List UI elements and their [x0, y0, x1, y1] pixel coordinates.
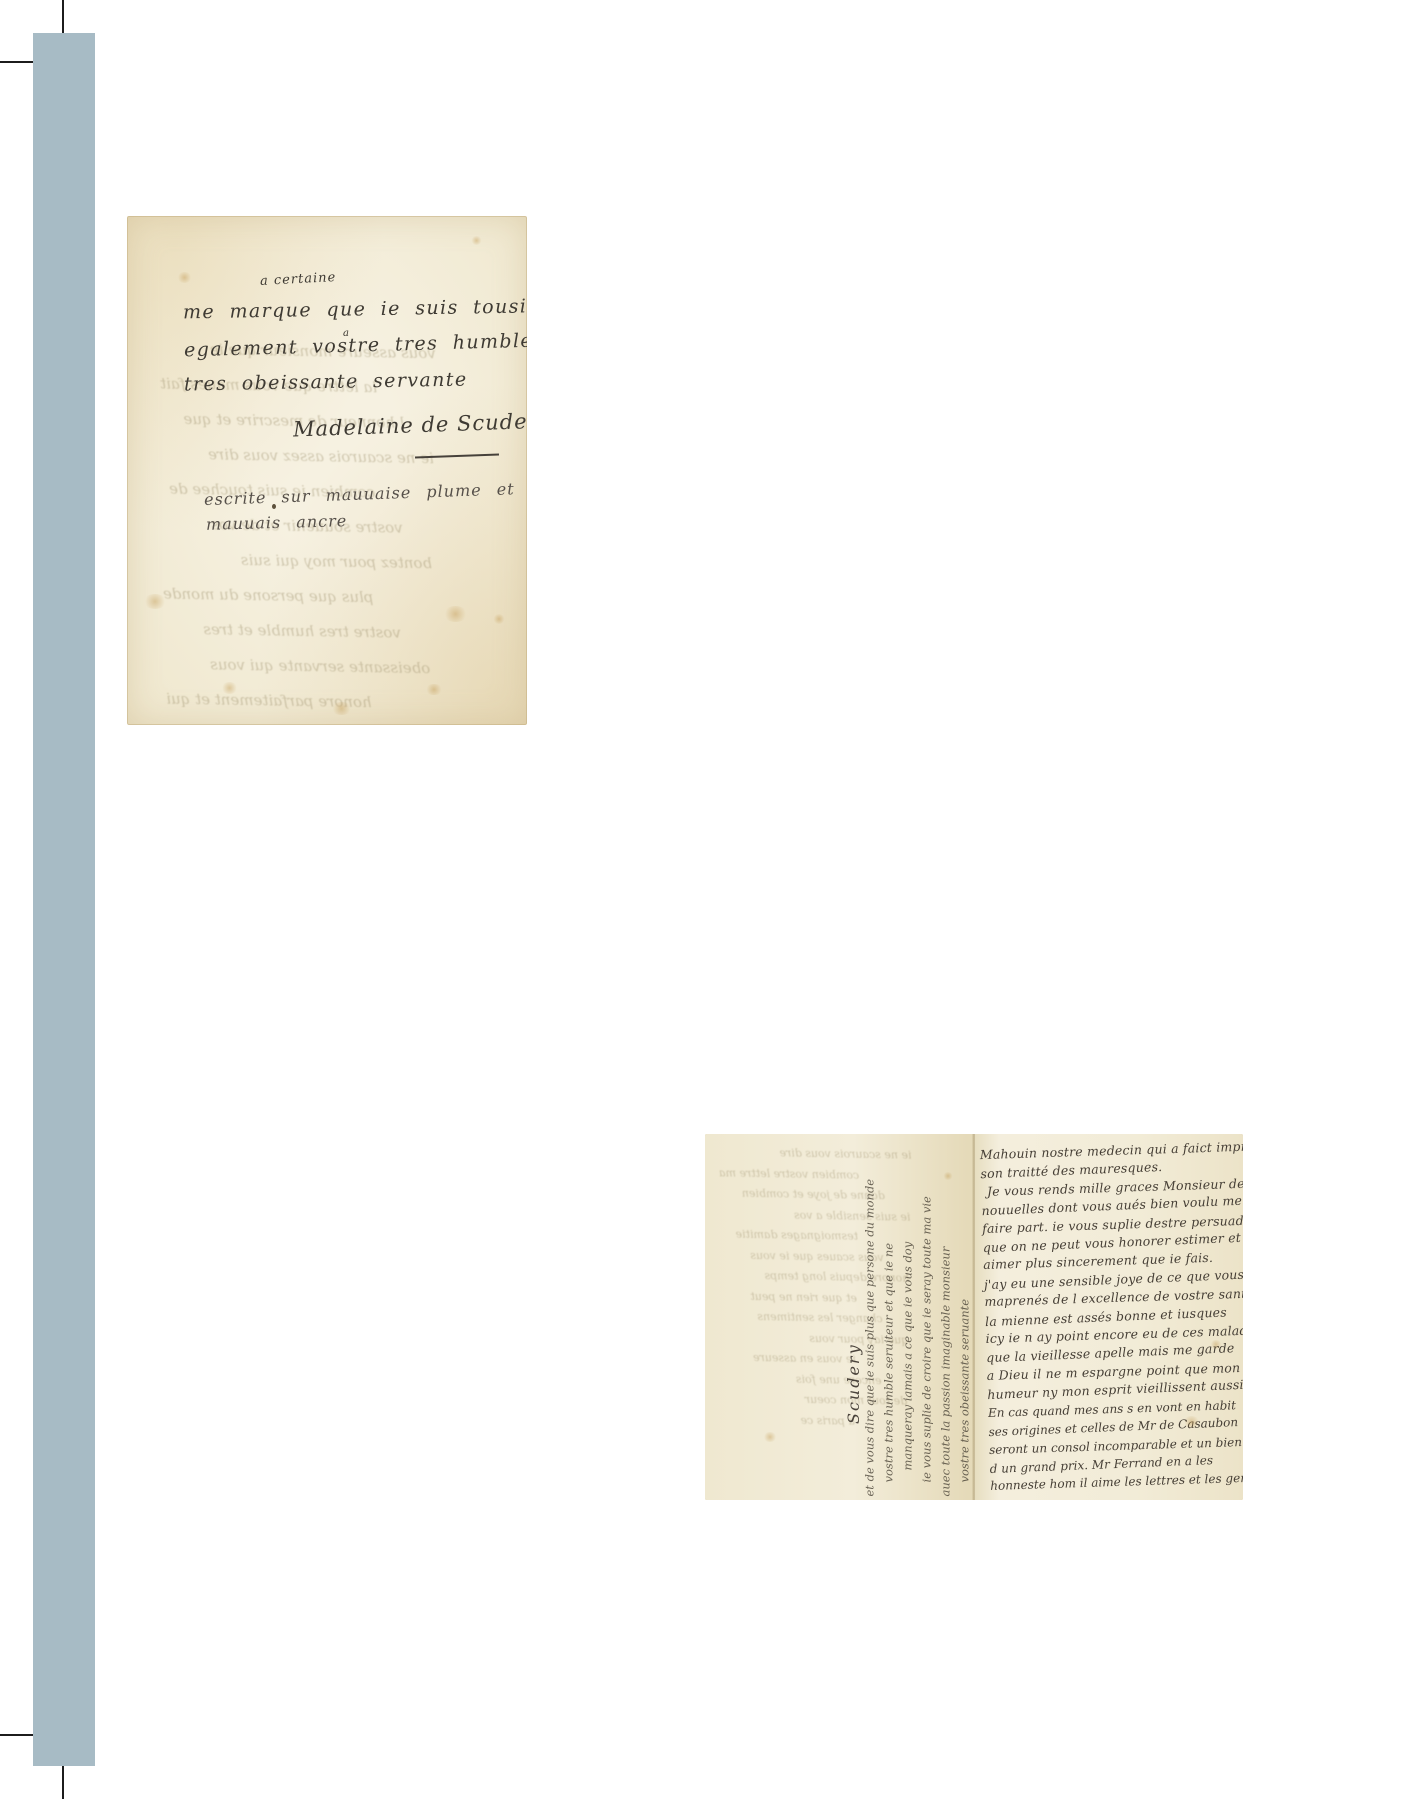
- foxing-spot: [221, 682, 238, 694]
- crop-mark-top-vertical: [62, 0, 64, 33]
- crop-mark-bottom-horizontal: [0, 1734, 35, 1736]
- handwritten-text-block: Mahouin nostre medecin qui a faict impri…: [980, 1138, 1243, 1496]
- cross-written-vertical-text: et de vous dire que ie suis plus que per…: [861, 1139, 976, 1497]
- bifolium-right-page: Mahouin nostre medecin qui a faict impri…: [975, 1134, 1243, 1500]
- ghost-text-line: ie ne scaurois assez vous dire: [159, 437, 435, 477]
- ghost-text-line: a paris ce: [715, 1409, 855, 1432]
- ghost-text-line: tesmoignages damitie: [718, 1224, 858, 1247]
- margin-accent-bar: [33, 33, 95, 1766]
- ghost-text-line: bontez pour moy qui suis: [157, 541, 433, 581]
- foxing-spot: [443, 606, 468, 622]
- interline-correction: a certaine: [260, 270, 337, 289]
- foxing-spot: [1183, 1416, 1200, 1428]
- ghost-text-line: obeissante servante qui vous: [155, 646, 431, 686]
- crop-mark-left-horizontal: [0, 61, 33, 63]
- manuscript-photo-bifolium: ie ne scaurois vous direcombien vostre l…: [705, 1134, 1243, 1500]
- ink-spot: [272, 504, 276, 509]
- vertical-text-line: auec toute la passion imaginable monsieu…: [937, 1139, 956, 1497]
- ghost-text-line: vostre tres humble et tres: [155, 611, 401, 650]
- ghost-text-line: ie vous en asseure: [716, 1347, 856, 1370]
- handwritten-line-1: me marque que ie suis tousiours: [183, 295, 527, 324]
- foxing-spot: [493, 614, 505, 624]
- vertical-signature: Scudery: [844, 1328, 870, 1424]
- vertical-text-line: manqueray iamais a ce que ie vous doy: [899, 1139, 918, 1471]
- ghost-text-line: changer les sentimens: [716, 1306, 882, 1329]
- vertical-text-line: et de vous dire que ie suis plus que per…: [861, 1139, 880, 1497]
- manuscript-photo-recto: vous asseure monsieur que iela lettre qu…: [127, 216, 527, 725]
- foxing-spot: [143, 594, 167, 609]
- foxing-spot: [1210, 1340, 1222, 1349]
- foxing-spot: [425, 684, 443, 695]
- ghost-text-line: combien vostre lettre ma: [719, 1163, 859, 1186]
- foxing-spot: [177, 272, 192, 283]
- vertical-text-line: vostre tres humble seruiteur et que ie n…: [880, 1139, 899, 1483]
- foxing-spot: [331, 702, 352, 715]
- ghost-text-line: vous scaues que ie vous: [717, 1245, 883, 1268]
- ghost-text-line: plus que persone du monde: [156, 576, 374, 615]
- postscript-line-2: mauuais ancre: [206, 511, 348, 534]
- foxing-spot: [471, 236, 482, 245]
- vertical-text-line: ie vous suplie de croire que ie seray to…: [918, 1139, 937, 1483]
- ghost-text-line: et que rien ne peut: [717, 1286, 857, 1309]
- foxing-spot: [943, 1172, 953, 1180]
- foxing-spot: [763, 1432, 777, 1442]
- crop-mark-bottom-vertical: [62, 1766, 64, 1799]
